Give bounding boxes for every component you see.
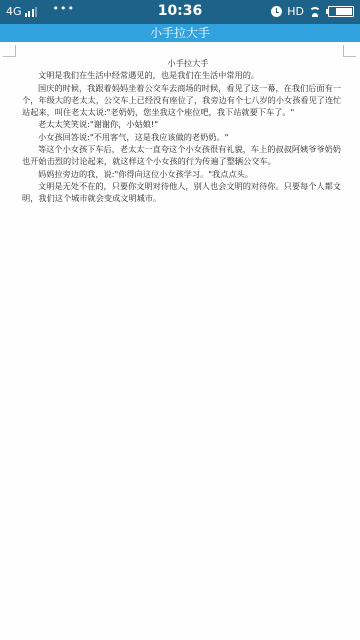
paragraph: 文明是无处不在的，只要你文明对待他人，别人也会文明的对待你。只要每个人都文明，我… [22,180,344,205]
battery-icon [328,6,354,17]
paragraph: 国庆的时候，我跟着妈妈坐着公交车去商场的时候，看见了这一幕，在我们后面有一个，年… [22,82,344,119]
page-corner-mark-left [3,45,16,57]
status-right: HD [271,5,354,18]
alarm-icon [271,6,282,17]
page-corner-mark-right [343,45,356,57]
document-body: 小手拉大手 文明是我们在生活中经常遇见的，也是我们在生活中常用的。 国庆的时候，… [22,57,344,205]
paragraph: 等这个小女孩下车后，老太太一直夸这个小女孩很有礼貌，车上的叔叔阿姨爷爷奶奶也开始… [22,143,344,168]
hd-indicator: HD [287,5,304,18]
status-bar: 4G ••• 10:36 HD [0,0,360,24]
wifi-icon [308,6,322,17]
app-title: 小手拉大手 [150,26,210,40]
paragraph: 小女孩回答说:"不用客气，这是我应该做的老奶奶。" [22,131,344,143]
paragraph: 妈妈拉旁边的我，说:"你得向这位小女孩学习。"我点点头。 [22,168,344,180]
paragraph: 文明是我们在生活中经常遇见的，也是我们在生活中常用的。 [22,69,344,81]
document-title: 小手拉大手 [22,57,344,69]
app-title-bar: 小手拉大手 [0,24,360,42]
paragraph: 老太太笑笑说:"谢谢你，小姑娘!" [22,118,344,130]
